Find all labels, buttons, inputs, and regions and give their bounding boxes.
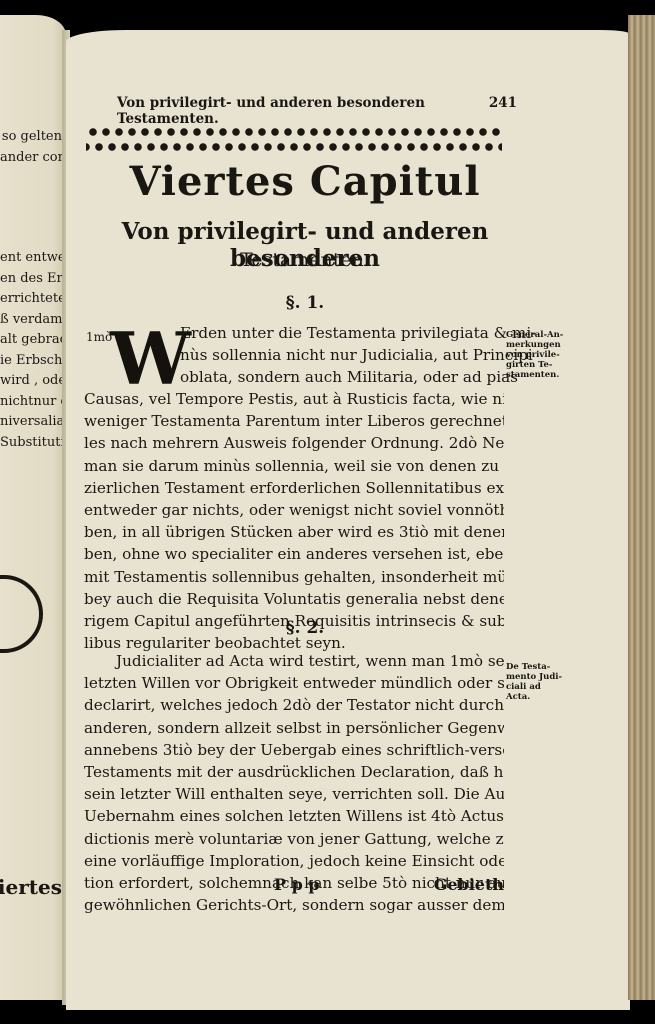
section-1-text: Causas, vel Tempore Pestis, aut à Rustic… xyxy=(84,388,504,654)
left-catchword: Viertes xyxy=(0,875,62,899)
section-heading: §. 2. xyxy=(90,618,520,638)
text-line: letzten Willen vor Obrigkeit entweder mü… xyxy=(84,672,504,694)
left-line: Substitutio- xyxy=(0,433,62,454)
margin-note: General-An- merkungen von privile- girte… xyxy=(506,330,566,380)
text-line: oblata, sondern auch Militaria, oder ad … xyxy=(180,366,504,388)
margin-note-line: von privile- xyxy=(506,350,566,360)
section-heading: §. 1. xyxy=(90,293,520,313)
vignette-ornament-icon xyxy=(0,575,43,653)
running-head: Von privilegirt- und anderen besonderen … xyxy=(117,95,517,127)
margin-note-line: merkungen xyxy=(506,340,566,350)
text-line: Judicialiter ad Acta wird testirt, wenn … xyxy=(84,650,504,672)
margin-note-line: General-An- xyxy=(506,330,566,340)
text-line: Testaments mit der ausdrücklichen Declar… xyxy=(84,761,504,783)
signature-mark: P p p xyxy=(274,875,320,894)
drop-cap: W xyxy=(110,320,180,398)
chapter-subtitle-2: Testamenten. xyxy=(90,249,520,271)
margin-note-line: ciali ad Acta. xyxy=(506,682,566,702)
text-line: sein letzter Will enthalten seye, verric… xyxy=(84,783,504,805)
left-line: en des Er- xyxy=(0,269,62,290)
margin-note: De Testa- mento Judi- ciali ad Acta. xyxy=(506,662,566,702)
left-line: nichtnur die xyxy=(0,392,62,413)
text-line: annebens 3tiò bey der Uebergab eines sch… xyxy=(84,739,504,761)
text-line: ben, in all übrigen Stücken aber wird es… xyxy=(84,521,504,543)
text-line: Erden unter die Testamenta privilegiata … xyxy=(180,322,504,344)
chapter-title: Viertes Capitul xyxy=(90,158,520,205)
text-line: Uebernahm eines solchen letzten Willens … xyxy=(84,805,504,827)
text-line: Causas, vel Tempore Pestis, aut à Rustic… xyxy=(84,388,504,410)
text-line: bey auch die Requisita Voluntatis genera… xyxy=(84,588,504,610)
left-line: ent entwe xyxy=(0,248,62,269)
text-line: eine vorläuffige Imploration, jedoch kei… xyxy=(84,850,504,872)
text-line: nùs sollennia nicht nur Judicialia, aut … xyxy=(180,344,504,366)
page-edges xyxy=(628,15,655,1000)
margin-note-line: stamenten. xyxy=(506,370,566,380)
left-line: niversalia , xyxy=(0,412,62,433)
page-footer: P p p Gebieth xyxy=(84,875,504,894)
section-1-indented-text: Erden unter die Testamenta privilegiata … xyxy=(180,322,504,389)
left-line: errichteten xyxy=(0,289,62,310)
left-line: alt gebracht xyxy=(0,330,62,351)
text-line: entweder gar nichts, oder wenigst nicht … xyxy=(84,499,504,521)
text-line: man sie darum minùs sollennia, weil sie … xyxy=(84,455,504,477)
text-line: anderen, sondern allzeit selbst in persö… xyxy=(84,717,504,739)
margin-note-line: De Testa- xyxy=(506,662,566,672)
left-line: wird , oder xyxy=(0,371,62,392)
page-number: 241 xyxy=(489,95,517,127)
text-line: les nach mehrern Ausweis folgender Ordnu… xyxy=(84,432,504,454)
ornament-band-icon xyxy=(86,124,502,154)
text-line: dictionis merè voluntariæ von jener Gatt… xyxy=(84,828,504,850)
left-page: so gelten ander con- ent entwe en des Er… xyxy=(0,15,66,1000)
margin-note-line: girten Te- xyxy=(506,360,566,370)
text-line: gewöhnlichen Gerichts-Ort, sondern sogar… xyxy=(84,894,504,916)
left-line: ie Erbschaft xyxy=(0,351,62,372)
text-line: mit Testamentis sollennibus gehalten, in… xyxy=(84,566,504,588)
text-line: weniger Testamenta Parentum inter Libero… xyxy=(84,410,504,432)
catchword: Gebieth xyxy=(434,875,504,894)
left-page-text: so gelten ander con- ent entwe en des Er… xyxy=(0,127,62,453)
text-line: zierlichen Testament erforderlichen Soll… xyxy=(84,477,504,499)
left-line: ander con- xyxy=(0,148,62,169)
left-line: so gelten xyxy=(0,127,62,148)
text-line: ben, ohne wo specialiter ein anderes ver… xyxy=(84,543,504,565)
margin-note-line: mento Judi- xyxy=(506,672,566,682)
enumeration-prefix: 1mò xyxy=(86,330,112,344)
left-line: ß verdamt, xyxy=(0,310,62,331)
text-line: declarirt, welches jedoch 2dò der Testat… xyxy=(84,694,504,716)
running-title: Von privilegirt- und anderen besonderen … xyxy=(117,95,489,127)
